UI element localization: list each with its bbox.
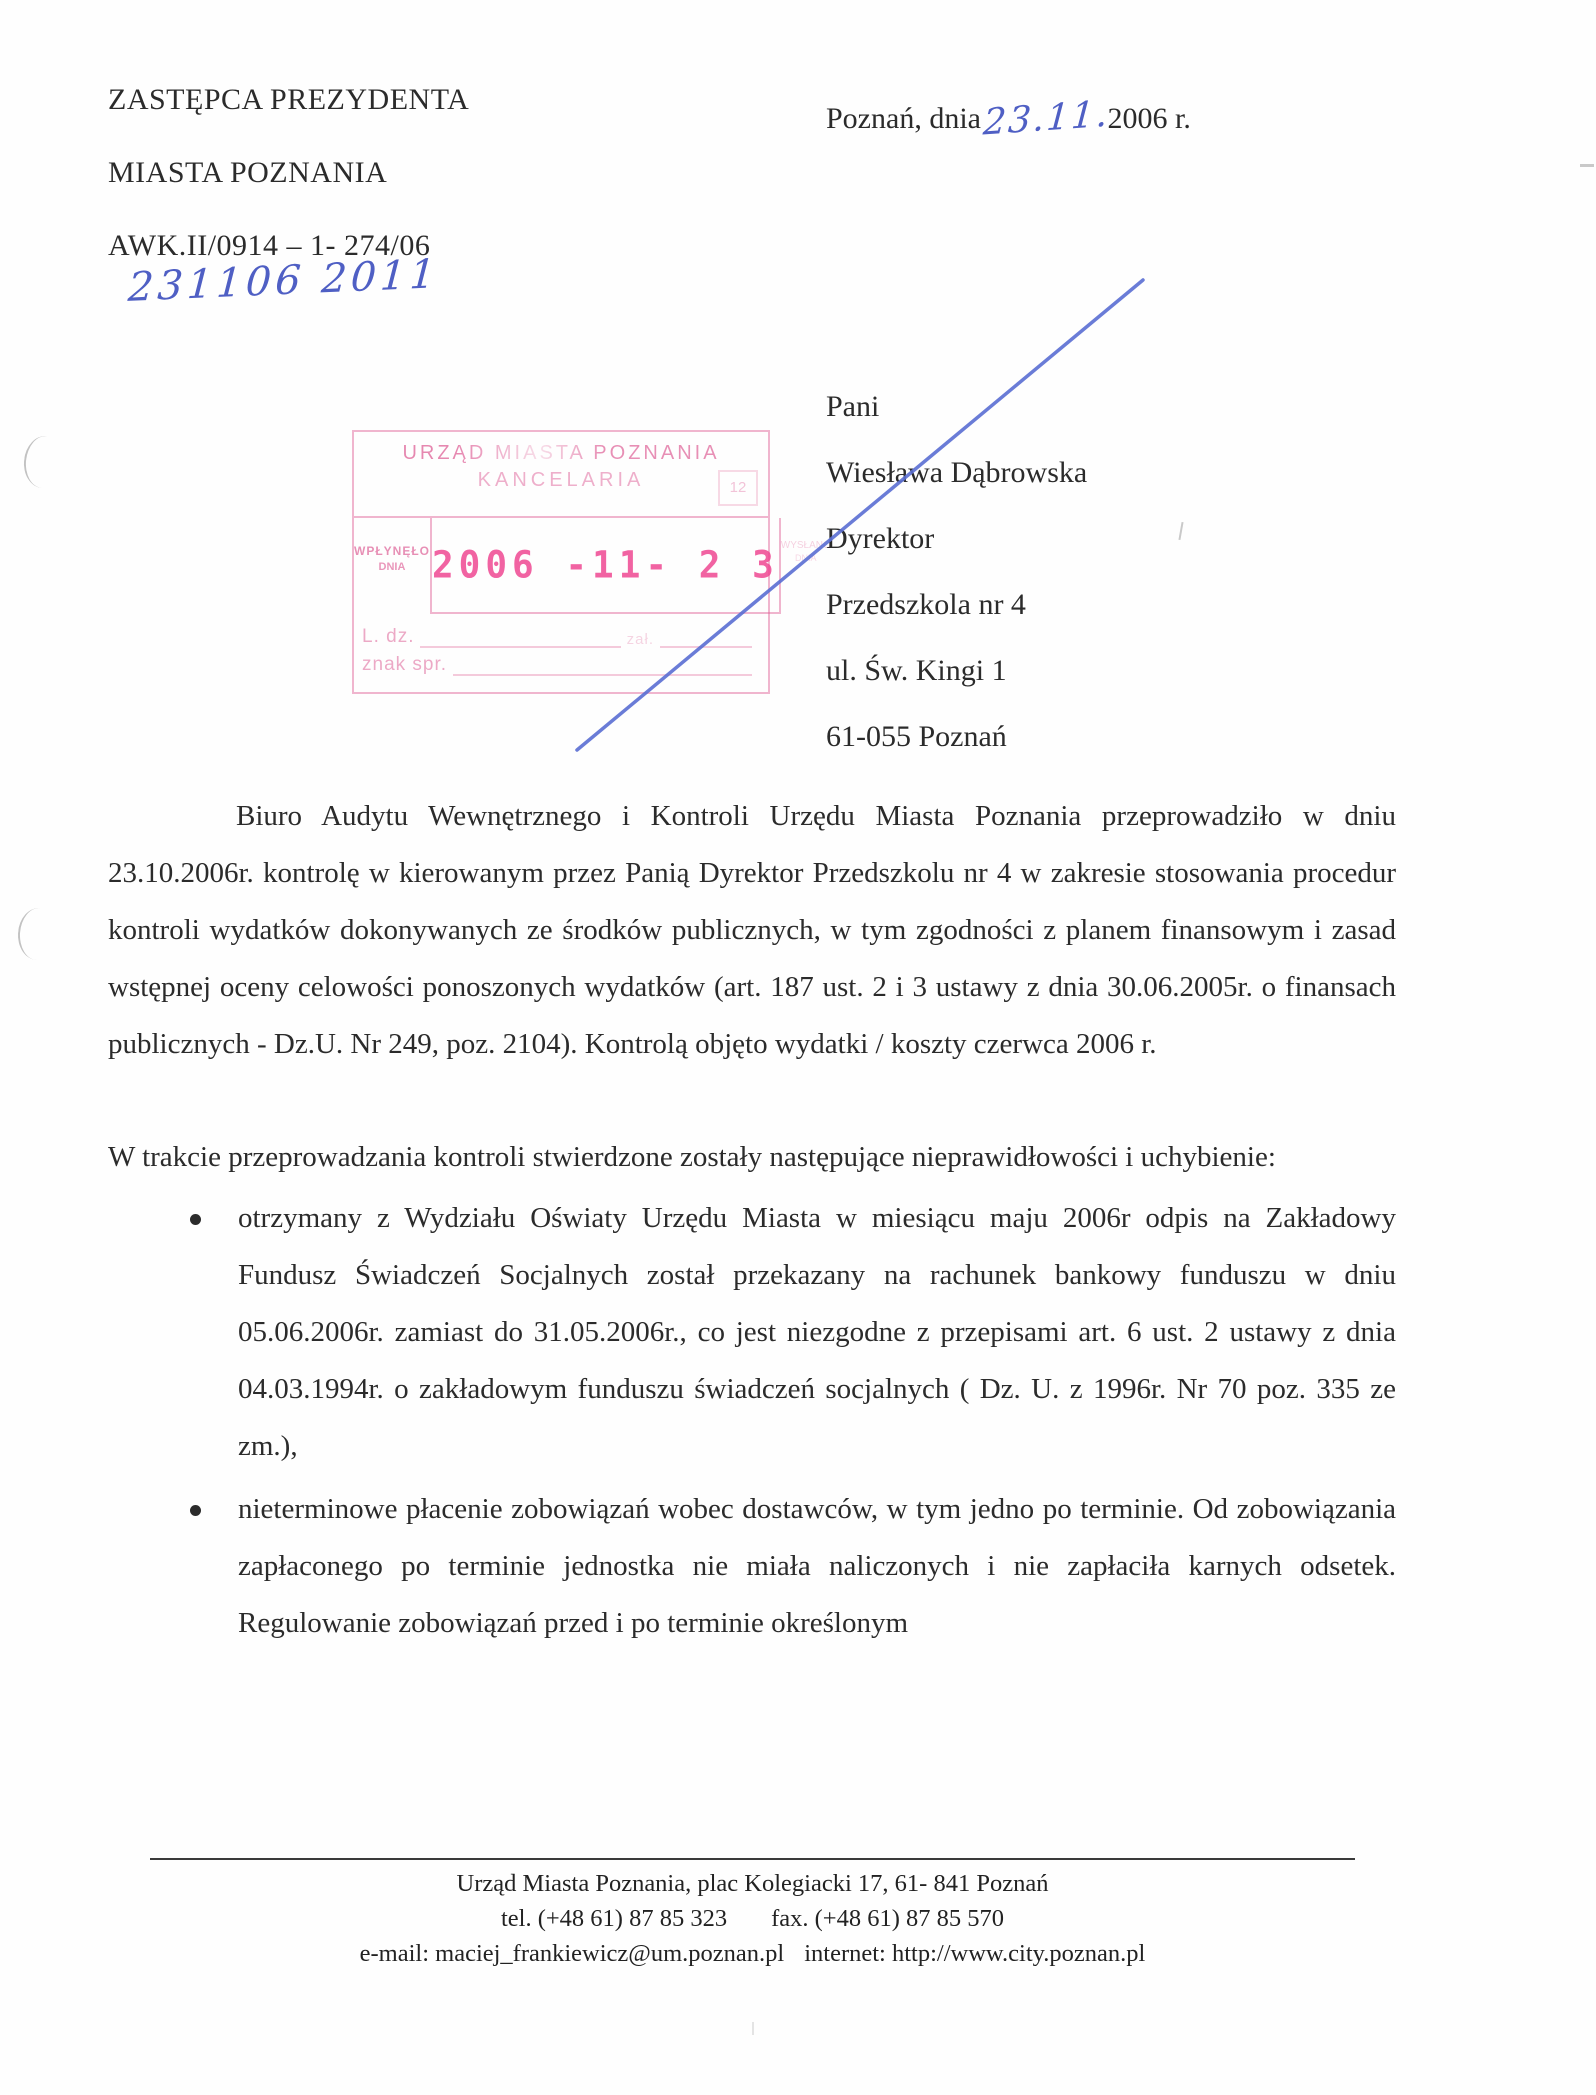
- footer-phone-fax: tel. (+48 61) 87 85 323fax. (+48 61) 87 …: [150, 1901, 1355, 1936]
- stamp-corner-number: 12: [718, 470, 758, 506]
- footer-internet: internet: http://www.city.poznan.pl: [804, 1940, 1145, 1967]
- footer-email-internet: e-mail: maciej_frankiewicz@um.poznan.pli…: [150, 1936, 1355, 1971]
- recipient-block: Pani Wiesława Dąbrowska Dyrektor Przedsz…: [826, 374, 1087, 770]
- footer-fax: fax. (+48 61) 87 85 570: [771, 1905, 1004, 1932]
- handwritten-date: 23.11.: [982, 93, 1111, 143]
- letter-body: Biuro Audytu Wewnętrznego i Kontroli Urz…: [108, 788, 1396, 1658]
- letter-footer: Urząd Miasta Poznania, plac Kolegiacki 1…: [150, 1858, 1355, 1971]
- stamp-received-date: 2006 -11- 2 3: [432, 543, 779, 586]
- body-paragraph-1: Biuro Audytu Wewnętrznego i Kontroli Urz…: [108, 788, 1396, 1073]
- scan-artifact: [1178, 522, 1183, 540]
- finding-item: otrzymany z Wydziału Oświaty Urzędu Mias…: [238, 1190, 1396, 1475]
- stamp-blank-line: [420, 624, 620, 648]
- sender-title-line1: ZASTĘPCA PREZYDENTA: [108, 80, 469, 153]
- stamp-header: URZĄD MIASTA POZNANIA KANCELARIA 12: [354, 432, 768, 518]
- recipient-salutation: Pani: [826, 374, 1087, 440]
- scanned-letter-page: ZASTĘPCA PREZYDENTA MIASTA POZNANIA AWK.…: [0, 0, 1596, 2095]
- scan-artifact: [752, 2022, 754, 2035]
- stamp-blank-line: [660, 624, 752, 648]
- stamp-middle-row: WPŁYNĘŁO DNIA 2006 -11- 2 3 WYSŁANO DNIA: [354, 518, 768, 614]
- body-paragraph-2: W trakcie przeprowadzania kontroli stwie…: [108, 1129, 1396, 1186]
- dateline-suffix: 2006 r.: [1107, 102, 1190, 135]
- recipient-city: 61-055 Poznań: [826, 704, 1087, 770]
- stamp-received-label: WPŁYNĘŁO DNIA: [354, 518, 430, 614]
- stamp-office-name: URZĄD MIASTA POZNANIA: [354, 432, 768, 465]
- registry-stamp: URZĄD MIASTA POZNANIA KANCELARIA 12 WPŁY…: [352, 430, 770, 694]
- sender-title-line2: MIASTA POZNANIA: [108, 153, 469, 226]
- recipient-name: Wiesława Dąbrowska: [826, 440, 1087, 506]
- scan-artifact: [1580, 164, 1594, 167]
- stamp-row-ldz: L. dz. zał.: [362, 624, 758, 648]
- recipient-institution: Przedszkola nr 4: [826, 572, 1087, 638]
- stamp-reference-rows: L. dz. zał. znak spr.: [354, 614, 768, 676]
- findings-list: otrzymany z Wydziału Oświaty Urzędu Mias…: [108, 1190, 1396, 1652]
- dateline: Poznań, dnia23.11.2006 r.: [826, 96, 1191, 137]
- stamp-sent-label: WYSŁANO DNIA: [781, 518, 831, 614]
- recipient-street: ul. Św. Kingi 1: [826, 638, 1087, 704]
- footer-phone: tel. (+48 61) 87 85 323: [501, 1905, 727, 1932]
- stamp-blank-line: [453, 652, 752, 676]
- stamp-date-box: 2006 -11- 2 3: [430, 518, 781, 614]
- stamp-chancellery-label: KANCELARIA: [354, 469, 768, 492]
- finding-item: nieterminowe płacenie zobowiązań wobec d…: [238, 1481, 1396, 1652]
- recipient-role: Dyrektor: [826, 506, 1087, 572]
- footer-email: e-mail: maciej_frankiewicz@um.poznan.pl: [360, 1940, 785, 1967]
- scan-artifact: [16, 907, 60, 962]
- dateline-prefix: Poznań, dnia: [826, 102, 981, 135]
- scan-artifact: [21, 434, 66, 490]
- footer-address: Urząd Miasta Poznania, plac Kolegiacki 1…: [150, 1866, 1355, 1901]
- stamp-row-znak: znak spr.: [362, 652, 758, 676]
